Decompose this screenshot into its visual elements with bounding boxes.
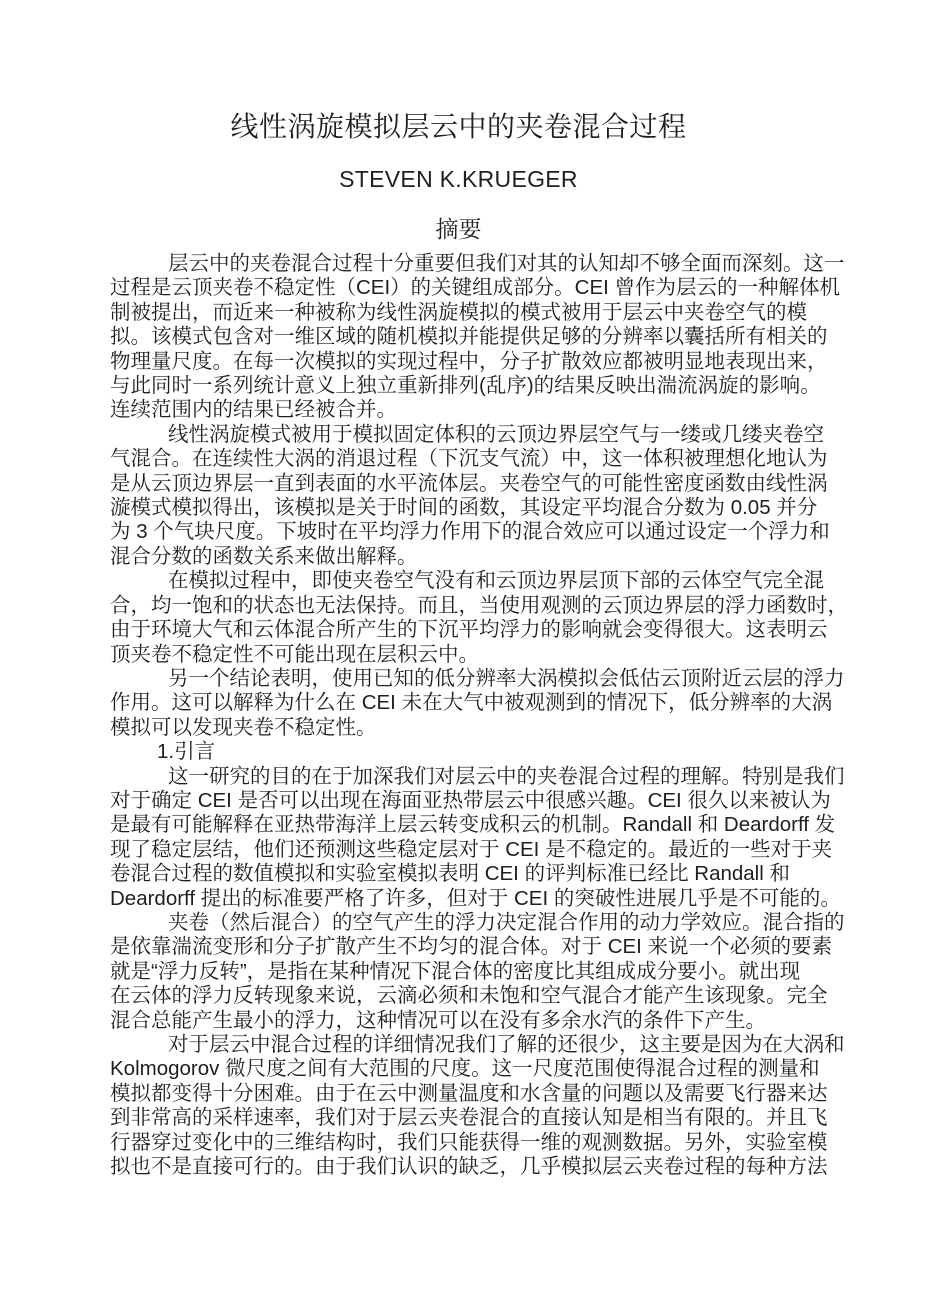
introduction-paragraph-2: 夹卷（然后混合）的空气产生的浮力决定混合作用的动力学效应。混合指的 是依靠湍流变… bbox=[110, 911, 807, 1033]
introduction-section-heading: 1.引言 bbox=[110, 740, 807, 764]
page-content: 线性涡旋模拟层云中的夹卷混合过程 STEVEN K.KRUEGER 摘要 层云中… bbox=[110, 106, 807, 1179]
document-title: 线性涡旋模拟层云中的夹卷混合过程 bbox=[110, 106, 807, 148]
abstract-paragraph-3: 在模拟过程中，即使夹卷空气没有和云顶边界层顶下部的云体空气完全混 合，均一饱和的… bbox=[110, 569, 807, 667]
abstract-heading: 摘要 bbox=[110, 214, 807, 244]
introduction-paragraph-1: 这一研究的目的在于加深我们对层云中的夹卷混合过程的理解。特别是我们 对于确定 C… bbox=[110, 765, 807, 911]
document-page: 线性涡旋模拟层云中的夹卷混合过程 STEVEN K.KRUEGER 摘要 层云中… bbox=[0, 0, 926, 1309]
introduction-paragraph-3: 对于层云中混合过程的详细情况我们了解的还很少，这主要是因为在大涡和 Kolmog… bbox=[110, 1033, 807, 1179]
abstract-paragraph-1: 层云中的夹卷混合过程十分重要但我们对其的认知却不够全面而深刻。这一 过程是云顶夹… bbox=[110, 252, 807, 423]
author-name: STEVEN K.KRUEGER bbox=[110, 164, 807, 194]
document-body: 层云中的夹卷混合过程十分重要但我们对其的认知却不够全面而深刻。这一 过程是云顶夹… bbox=[110, 252, 807, 1179]
abstract-paragraph-4: 另一个结论表明，使用已知的低分辨率大涡模拟会低估云顶附近云层的浮力 作用。这可以… bbox=[110, 667, 807, 740]
abstract-paragraph-2: 线性涡旋模式被用于模拟固定体积的云顶边界层空气与一缕或几缕夹卷空 气混合。在连续… bbox=[110, 423, 807, 569]
